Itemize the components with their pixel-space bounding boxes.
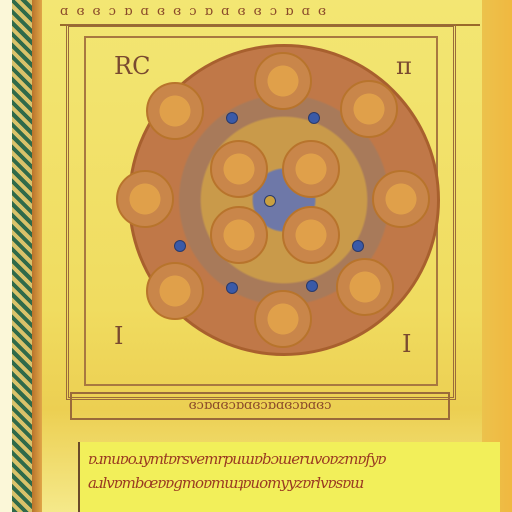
medallion-boss bbox=[146, 82, 204, 140]
script-line: ɐɹnuɐoɹymtɐrsvemrpuɯɐbɔɯeruvoɐzmɐfyɐ bbox=[88, 450, 385, 468]
inner-quatrefoil bbox=[282, 140, 340, 198]
lapis-gem bbox=[226, 112, 238, 124]
script-line: aɹlvɐmbœɐɐgmoɐmɯʇɐuomyyzɐrlvɐsɐɯ bbox=[88, 474, 363, 492]
lapis-gem bbox=[352, 240, 364, 252]
lapis-gem bbox=[306, 280, 318, 292]
medallion-boss bbox=[372, 170, 430, 228]
medallion-boss bbox=[116, 170, 174, 228]
inner-quatrefoil bbox=[210, 140, 268, 198]
inner-quatrefoil bbox=[210, 206, 268, 264]
decorative-border bbox=[12, 0, 32, 512]
lapis-gem bbox=[174, 240, 186, 252]
medallion-boss bbox=[146, 262, 204, 320]
corner-letter-top-left: RC bbox=[114, 52, 150, 80]
medallion-boss bbox=[254, 290, 312, 348]
lapis-gem bbox=[308, 112, 320, 124]
medallion-boss bbox=[340, 80, 398, 138]
top-ornament-band: ɑ ɞ ɞ ɔ ɒ ɑ ɞ ɞ ɔ ɒ ɑ ɞ ɞ ɔ ɒ ɑ ɞ bbox=[60, 0, 480, 26]
corner-letter-bottom-left: I bbox=[114, 322, 123, 350]
corner-letter-top-right: π bbox=[396, 52, 412, 80]
center-boss bbox=[264, 195, 276, 207]
medallion-boss bbox=[336, 258, 394, 316]
medallion-boss bbox=[254, 52, 312, 110]
lapis-gem bbox=[226, 282, 238, 294]
corner-letter-bottom-right: I bbox=[402, 330, 411, 358]
script-text-block: ɐɹnuɐoɹymtɐrsvemrpuɯɐbɔɯeruvoɐzmɐfyɐ aɹl… bbox=[78, 442, 500, 512]
inner-quatrefoil bbox=[282, 206, 340, 264]
page-edge bbox=[32, 0, 42, 512]
page-right-edge bbox=[482, 0, 512, 512]
lower-ornament-band: ɞɔɒɑɞɔɒɑɞɔɒɑɞɔɒɑɞɔ bbox=[70, 392, 450, 420]
